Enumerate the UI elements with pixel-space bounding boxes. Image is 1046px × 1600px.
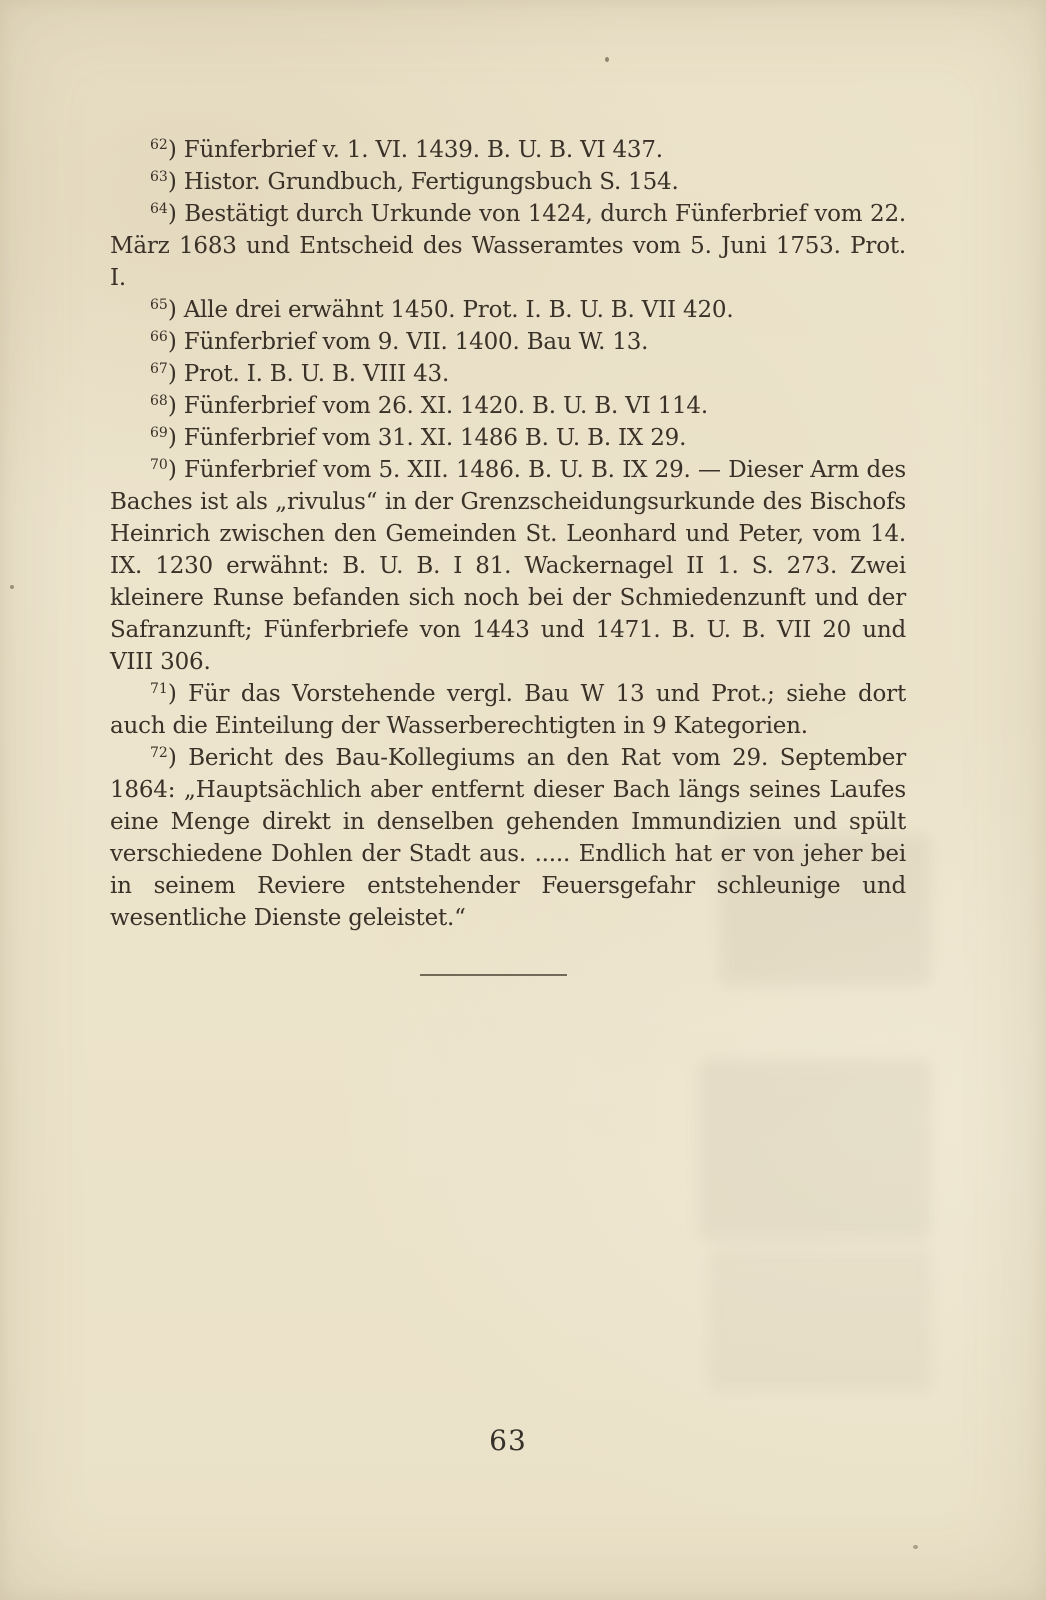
footnote-text: Histor. Grundbuch, Fertigungsbuch S. 154…: [184, 169, 679, 195]
reverse-side-showthrough: [710, 1250, 930, 1390]
footnote-text: Fünferbrief v. 1. VI. 1439. B. U. B. VI …: [184, 137, 663, 163]
footnote-marker-suffix: ): [168, 329, 184, 355]
footnote-item: 69) Fünferbrief vom 31. XI. 1486 B. U. B…: [110, 422, 906, 454]
book-page: 62) Fünferbrief v. 1. VI. 1439. B. U. B.…: [0, 0, 1046, 1600]
footnote-marker-suffix: ): [168, 425, 184, 451]
footnote-number: 68: [150, 393, 168, 409]
page-number: 63: [110, 1424, 906, 1457]
footnote-number: 63: [150, 169, 168, 185]
footnote-text: Bestätigt durch Urkunde von 1424, durch …: [110, 201, 906, 291]
footnote-number: 71: [150, 681, 168, 697]
reverse-side-showthrough: [700, 1060, 930, 1240]
footnote-marker-suffix: ): [168, 745, 188, 771]
footnote-text: Prot. I. B. U. B. VIII 43.: [184, 361, 449, 387]
paper-speck: [10, 585, 14, 589]
footnote-item: 67) Prot. I. B. U. B. VIII 43.: [110, 358, 906, 390]
footnotes-block: 62) Fünferbrief v. 1. VI. 1439. B. U. B.…: [110, 134, 906, 934]
footnote-text: Alle drei erwähnt 1450. Prot. I. B. U. B…: [184, 297, 734, 323]
footnote-number: 66: [150, 329, 168, 345]
footnote-item: 66) Fünferbrief vom 9. VII. 1400. Bau W.…: [110, 326, 906, 358]
footnote-marker-suffix: ): [168, 297, 184, 323]
footnote-text: Fünferbrief vom 26. XI. 1420. B. U. B. V…: [184, 393, 708, 419]
footnote-item: 72) Bericht des Bau-Kollegiums an den Ra…: [110, 742, 906, 934]
paper-speck: [913, 1545, 918, 1549]
footnote-item: 70) Fünferbrief vom 5. XII. 1486. B. U. …: [110, 454, 906, 678]
footnote-marker-suffix: ): [168, 393, 184, 419]
footnote-number: 69: [150, 425, 168, 441]
footnote-number: 70: [150, 457, 168, 473]
footnote-item: 64) Bestätigt durch Urkunde von 1424, du…: [110, 198, 906, 294]
footnote-item: 62) Fünferbrief v. 1. VI. 1439. B. U. B.…: [110, 134, 906, 166]
footnote-item: 63) Histor. Grundbuch, Fertigungsbuch S.…: [110, 166, 906, 198]
footnote-text: Fünferbrief vom 9. VII. 1400. Bau W. 13.: [184, 329, 649, 355]
footnote-text: Fünferbrief vom 31. XI. 1486 B. U. B. IX…: [184, 425, 686, 451]
footnote-item: 65) Alle drei erwähnt 1450. Prot. I. B. …: [110, 294, 906, 326]
footnote-marker-suffix: ): [168, 169, 184, 195]
footnote-text: Bericht des Bau-Kollegiums an den Rat vo…: [110, 745, 906, 931]
footnote-marker-suffix: ): [168, 457, 184, 483]
footnote-marker-suffix: ): [168, 201, 184, 227]
footnote-marker-suffix: ): [168, 361, 184, 387]
footnote-text: Für das Vorstehende vergl. Bau W 13 und …: [110, 681, 906, 739]
footnote-item: 71) Für das Vorstehende vergl. Bau W 13 …: [110, 678, 906, 742]
section-divider-rule: [420, 974, 567, 976]
footnote-item: 68) Fünferbrief vom 26. XI. 1420. B. U. …: [110, 390, 906, 422]
footnote-number: 65: [150, 297, 168, 313]
footnote-number: 72: [150, 745, 168, 761]
footnote-text: Fünferbrief vom 5. XII. 1486. B. U. B. I…: [110, 457, 906, 675]
footnote-number: 67: [150, 361, 168, 377]
paper-speck: [605, 57, 609, 62]
footnote-number: 62: [150, 137, 168, 153]
footnote-marker-suffix: ): [168, 137, 184, 163]
footnote-number: 64: [150, 201, 168, 217]
footnote-marker-suffix: ): [168, 681, 188, 707]
